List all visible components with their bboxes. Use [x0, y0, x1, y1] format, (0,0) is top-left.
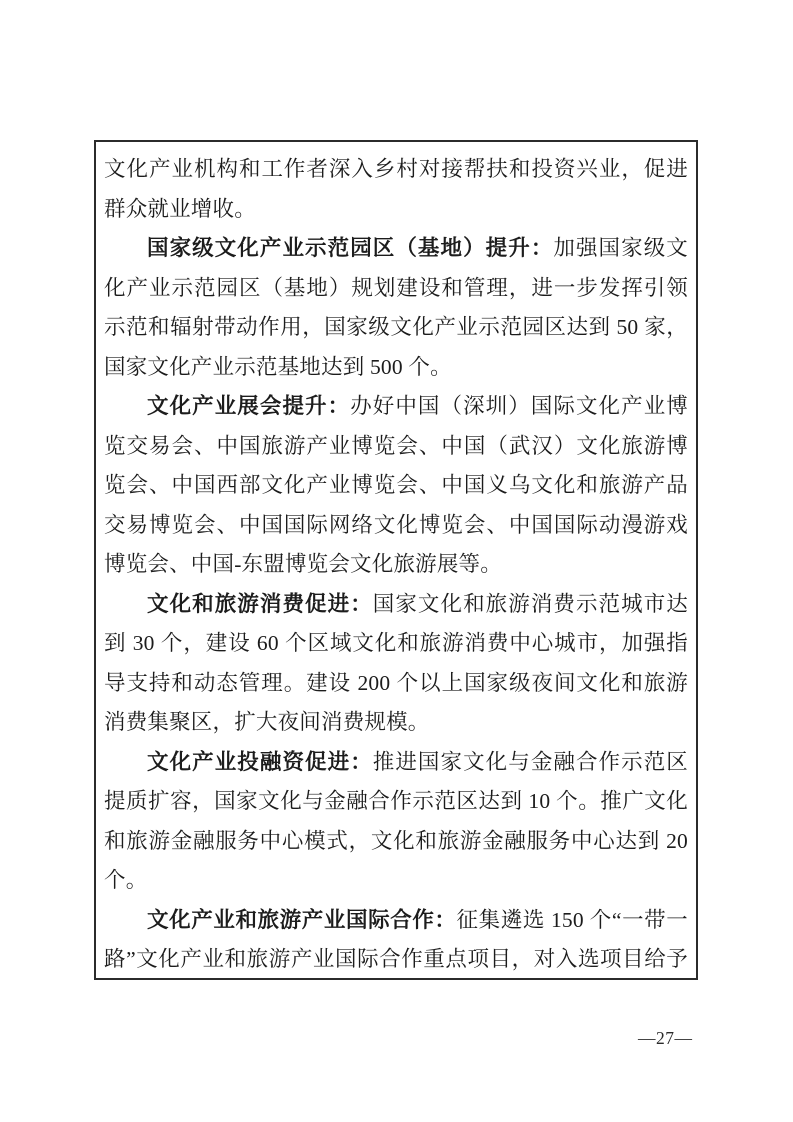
content-border-box: 文化产业机构和工作者深入乡村对接帮扶和投资兴业，促进群众就业增收。国家级文化产业… [94, 140, 698, 980]
document-body: 文化产业机构和工作者深入乡村对接帮扶和投资兴业，促进群众就业增收。国家级文化产业… [104, 150, 688, 980]
paragraph: 国家级文化产业示范园区（基地）提升：加强国家级文化产业示范园区（基地）规划建设和… [104, 229, 688, 387]
paragraph: 文化产业展会提升：办好中国（深圳）国际文化产业博览交易会、中国旅游产业博览会、中… [104, 387, 688, 585]
document-page: 文化产业机构和工作者深入乡村对接帮扶和投资兴业，促进群众就业增收。国家级文化产业… [0, 0, 793, 1122]
paragraph-lead: 文化和旅游消费促进： [147, 592, 373, 616]
paragraph: 文化和旅游消费促进：国家文化和旅游消费示范城市达到 30 个，建设 60 个区域… [104, 585, 688, 743]
paragraph-lead: 文化产业和旅游产业国际合作： [147, 908, 457, 932]
paragraph-text: 办好中国（深圳）国际文化产业博览交易会、中国旅游产业博览会、中国（武汉）文化旅游… [104, 394, 688, 576]
page-number: —27— [638, 1028, 693, 1049]
paragraph: 文化产业和旅游产业国际合作：征集遴选 150 个“一带一路”文化产业和旅游产业国… [104, 901, 688, 981]
paragraph-lead: 文化产业投融资促进： [147, 750, 373, 774]
paragraph-lead: 文化产业展会提升： [147, 394, 350, 418]
paragraph: 文化产业投融资促进：推进国家文化与金融合作示范区提质扩容，国家文化与金融合作示范… [104, 743, 688, 901]
paragraph-lead: 国家级文化产业示范园区（基地）提升： [147, 236, 553, 260]
paragraph: 文化产业机构和工作者深入乡村对接帮扶和投资兴业，促进群众就业增收。 [104, 150, 688, 229]
paragraph-text: 文化产业机构和工作者深入乡村对接帮扶和投资兴业，促进群众就业增收。 [104, 157, 688, 221]
